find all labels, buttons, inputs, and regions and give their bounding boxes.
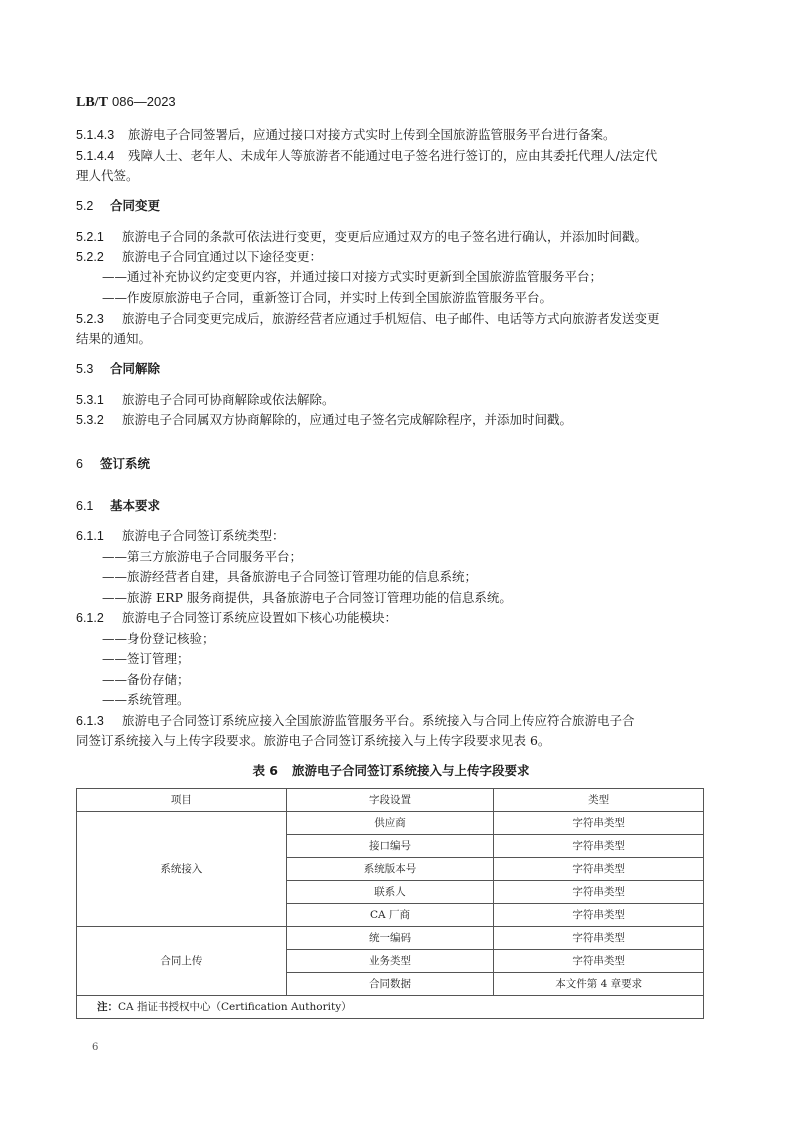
section-number: 6.1: [76, 498, 110, 514]
clause-5-1-4-4: 5.1.4.4残障人士、老年人、未成年人等旅游者不能通过电子签名进行签订的，应由…: [76, 148, 706, 164]
column-header: 项目: [77, 789, 287, 812]
type-cell: 字符串类型: [494, 812, 704, 835]
table-note-row: 注：CA 指证书授权中心（Certification Authority）: [77, 996, 704, 1019]
note-text: CA 指证书授权中心（Certification Authority）: [118, 1001, 352, 1013]
clause-number: 5.2.1: [76, 229, 122, 245]
section-5-2-heading: 5.2合同变更: [76, 198, 160, 214]
section-title: 合同解除: [110, 361, 160, 376]
clause-5-1-4-4-cont: 理人代签。: [76, 168, 706, 184]
list-item: ——签订管理；: [76, 651, 732, 667]
field-cell: CA 厂商: [286, 904, 494, 927]
table-header-row: 项目 字段设置 类型: [77, 789, 704, 812]
section-6-heading: 6签订系统: [76, 456, 150, 472]
clause-5-2-3: 5.2.3旅游电子合同变更完成后，旅游经营者应通过手机短信、电子邮件、电话等方式…: [76, 311, 706, 327]
clause-text: 旅游电子合同签订系统类型：: [122, 528, 285, 543]
clause-text: 旅游电子合同可协商解除或依法解除。: [122, 392, 335, 407]
table-row: 合同上传 统一编码 字符串类型: [77, 927, 704, 950]
page-number: 6: [92, 1042, 98, 1053]
table-title: 旅游电子合同签订系统接入与上传字段要求: [292, 763, 530, 778]
standard-prefix: LB/T: [76, 95, 108, 110]
clause-5-2-1: 5.2.1旅游电子合同的条款可依法进行变更，变更后应通过双方的电子签名进行确认，…: [76, 229, 706, 245]
section-5-3-heading: 5.3合同解除: [76, 361, 160, 377]
column-header: 字段设置: [286, 789, 494, 812]
clause-number: 5.3.2: [76, 412, 122, 428]
clause-5-3-2: 5.3.2旅游电子合同属双方协商解除的，应通过电子签名完成解除程序，并添加时间戳…: [76, 412, 706, 428]
list-item: ——旅游经营者自建，具备旅游电子合同签订管理功能的信息系统；: [76, 569, 732, 585]
list-item: ——旅游 ERP 服务商提供，具备旅游电子合同签订管理功能的信息系统。: [76, 590, 732, 606]
table-6: 项目 字段设置 类型 系统接入 供应商 字符串类型 接口编号 字符串类型 系统版…: [76, 788, 704, 1019]
note-label: 注：: [97, 1001, 118, 1013]
clause-text: 旅游电子合同的条款可依法进行变更，变更后应通过双方的电子签名进行确认，并添加时间…: [122, 229, 647, 244]
clause-number: 5.2.2: [76, 249, 122, 265]
clause-6-1-3-cont: 同签订系统接入与上传字段要求。旅游电子合同签订系统接入与上传字段要求见表 6。: [76, 733, 706, 749]
type-cell: 字符串类型: [494, 858, 704, 881]
clause-text: 旅游电子合同宜通过以下途径变更：: [122, 249, 322, 264]
clause-6-1-3: 6.1.3旅游电子合同签订系统应接入全国旅游监管服务平台。系统接入与合同上传应符…: [76, 713, 706, 729]
section-number: 5.2: [76, 198, 110, 214]
group-cell: 系统接入: [77, 812, 287, 927]
field-cell: 接口编号: [286, 835, 494, 858]
field-cell: 统一编码: [286, 927, 494, 950]
clause-6-1-1: 6.1.1旅游电子合同签订系统类型：: [76, 528, 706, 544]
field-cell: 业务类型: [286, 950, 494, 973]
section-number: 6: [76, 456, 100, 472]
field-cell: 联系人: [286, 881, 494, 904]
clause-number: 6.1.1: [76, 528, 122, 544]
table-row: 系统接入 供应商 字符串类型: [77, 812, 704, 835]
list-item: ——第三方旅游电子合同服务平台；: [76, 549, 732, 565]
group-cell: 合同上传: [77, 927, 287, 996]
list-item: ——通过补充协议约定变更内容，并通过接口对接方式实时更新到全国旅游监管服务平台；: [76, 269, 732, 285]
clause-6-1-2: 6.1.2旅游电子合同签订系统应设置如下核心功能模块：: [76, 610, 706, 626]
clause-text: 旅游电子合同签署后，应通过接口对接方式实时上传到全国旅游监管服务平台进行备案。: [128, 127, 616, 142]
field-cell: 供应商: [286, 812, 494, 835]
column-header: 类型: [494, 789, 704, 812]
list-item: ——系统管理。: [76, 692, 732, 708]
standard-number: 086—2023: [112, 94, 176, 109]
type-cell: 字符串类型: [494, 904, 704, 927]
table-number: 表 6: [252, 763, 278, 778]
type-cell: 字符串类型: [494, 881, 704, 904]
clause-5-3-1: 5.3.1旅游电子合同可协商解除或依法解除。: [76, 392, 706, 408]
type-cell: 字符串类型: [494, 835, 704, 858]
clause-text: 旅游电子合同变更完成后，旅游经营者应通过手机短信、电子邮件、电话等方式向旅游者发…: [122, 311, 660, 326]
clause-number: 6.1.3: [76, 713, 122, 729]
section-title: 签订系统: [100, 456, 150, 471]
list-item: ——身份登记核验；: [76, 631, 732, 647]
clause-number: 5.2.3: [76, 311, 122, 327]
type-cell: 字符串类型: [494, 927, 704, 950]
list-item: ——备份存储；: [76, 672, 732, 688]
section-title: 合同变更: [110, 198, 160, 213]
table-note: 注：CA 指证书授权中心（Certification Authority）: [77, 996, 704, 1019]
clause-text: 旅游电子合同签订系统应接入全国旅游监管服务平台。系统接入与合同上传应符合旅游电子…: [122, 713, 635, 728]
list-item: ——作废原旅游电子合同，重新签订合同，并实时上传到全国旅游监管服务平台。: [76, 290, 732, 306]
clause-number: 5.1.4.3: [76, 127, 128, 143]
field-cell: 系统版本号: [286, 858, 494, 881]
clause-text: 旅游电子合同属双方协商解除的，应通过电子签名完成解除程序，并添加时间戳。: [122, 412, 572, 427]
clause-number: 6.1.2: [76, 610, 122, 626]
clause-text: 残障人士、老年人、未成年人等旅游者不能通过电子签名进行签订的，应由其委托代理人/…: [128, 148, 657, 163]
clause-number: 5.3.1: [76, 392, 122, 408]
page-header: LB/T 086—2023: [76, 94, 176, 111]
type-cell: 字符串类型: [494, 950, 704, 973]
type-cell: 本文件第 4 章要求: [494, 973, 704, 996]
section-6-1-heading: 6.1基本要求: [76, 498, 160, 514]
field-cell: 合同数据: [286, 973, 494, 996]
clause-text: 理人代签。: [76, 168, 139, 183]
table-caption: 表 6旅游电子合同签订系统接入与上传字段要求: [76, 763, 706, 779]
clause-number: 5.1.4.4: [76, 148, 128, 164]
clause-5-2-3-cont: 结果的通知。: [76, 331, 706, 347]
clause-5-1-4-3: 5.1.4.3旅游电子合同签署后，应通过接口对接方式实时上传到全国旅游监管服务平…: [76, 127, 706, 143]
section-title: 基本要求: [110, 498, 160, 513]
clause-5-2-2: 5.2.2旅游电子合同宜通过以下途径变更：: [76, 249, 706, 265]
section-number: 5.3: [76, 361, 110, 377]
clause-text: 旅游电子合同签订系统应设置如下核心功能模块：: [122, 610, 397, 625]
